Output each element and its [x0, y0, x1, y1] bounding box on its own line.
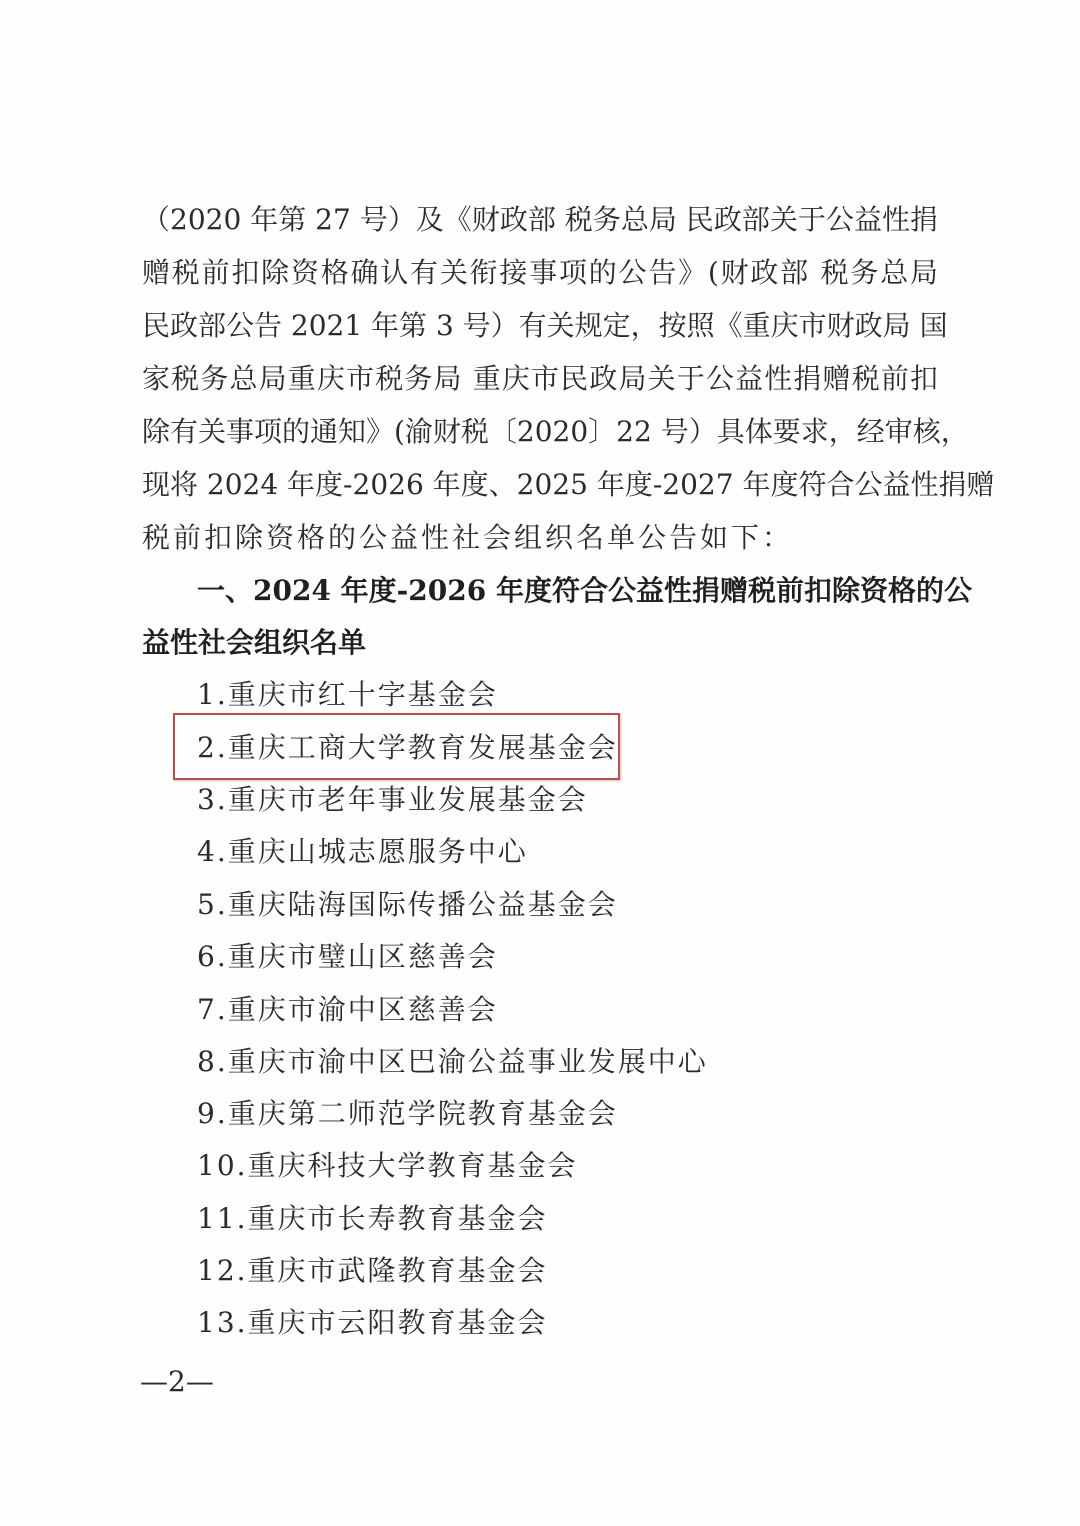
section-heading-continuation: 益性社会组织名单 [142, 623, 366, 663]
paragraph-line: 税前扣除资格的公益性社会组织名单公告如下： [142, 518, 793, 558]
paragraph-line: 家税务总局重庆市税务局 重庆市民政局关于公益性捐赠税前扣 [142, 359, 938, 399]
list-item: 12.重庆市武隆教育基金会 [197, 1251, 548, 1291]
list-item: 3.重庆市老年事业发展基金会 [197, 780, 588, 820]
list-item: 10.重庆科技大学教育基金会 [197, 1146, 578, 1186]
paragraph-line: 现将 2024 年度-2026 年度、2025 年度-2027 年度符合公益性捐… [142, 465, 938, 505]
highlight-annotation-box [173, 713, 620, 780]
paragraph-line: （2020 年第 27 号）及《财政部 税务总局 民政部关于公益性捐 [142, 200, 938, 240]
list-item: 7.重庆市渝中区慈善会 [197, 990, 498, 1030]
list-item: 13.重庆市云阳教育基金会 [197, 1303, 548, 1343]
list-item: 9.重庆第二师范学院教育基金会 [197, 1094, 618, 1134]
list-item: 11.重庆市长寿教育基金会 [197, 1199, 548, 1239]
list-item: 8.重庆市渝中区巴渝公益事业发展中心 [197, 1042, 708, 1082]
list-item: 1.重庆市红十字基金会 [197, 675, 498, 715]
paragraph-line: 赠税前扣除资格确认有关衔接事项的公告》(财政部 税务总局 [142, 253, 938, 293]
section-heading: 一、2024 年度-2026 年度符合公益性捐赠税前扣除资格的公 [197, 571, 938, 611]
paragraph-line: 除有关事项的通知》(渝财税〔2020〕22 号）具体要求，经审核， [142, 412, 938, 452]
document-page: （2020 年第 27 号）及《财政部 税务总局 民政部关于公益性捐 赠税前扣除… [0, 0, 1080, 1526]
list-item: 6.重庆市璧山区慈善会 [197, 937, 498, 977]
list-item: 4.重庆山城志愿服务中心 [197, 832, 528, 872]
paragraph-line: 民政部公告 2021 年第 3 号）有关规定，按照《重庆市财政局 国 [142, 306, 938, 346]
list-item: 5.重庆陆海国际传播公益基金会 [197, 885, 618, 925]
page-number: —2— [140, 1364, 214, 1400]
